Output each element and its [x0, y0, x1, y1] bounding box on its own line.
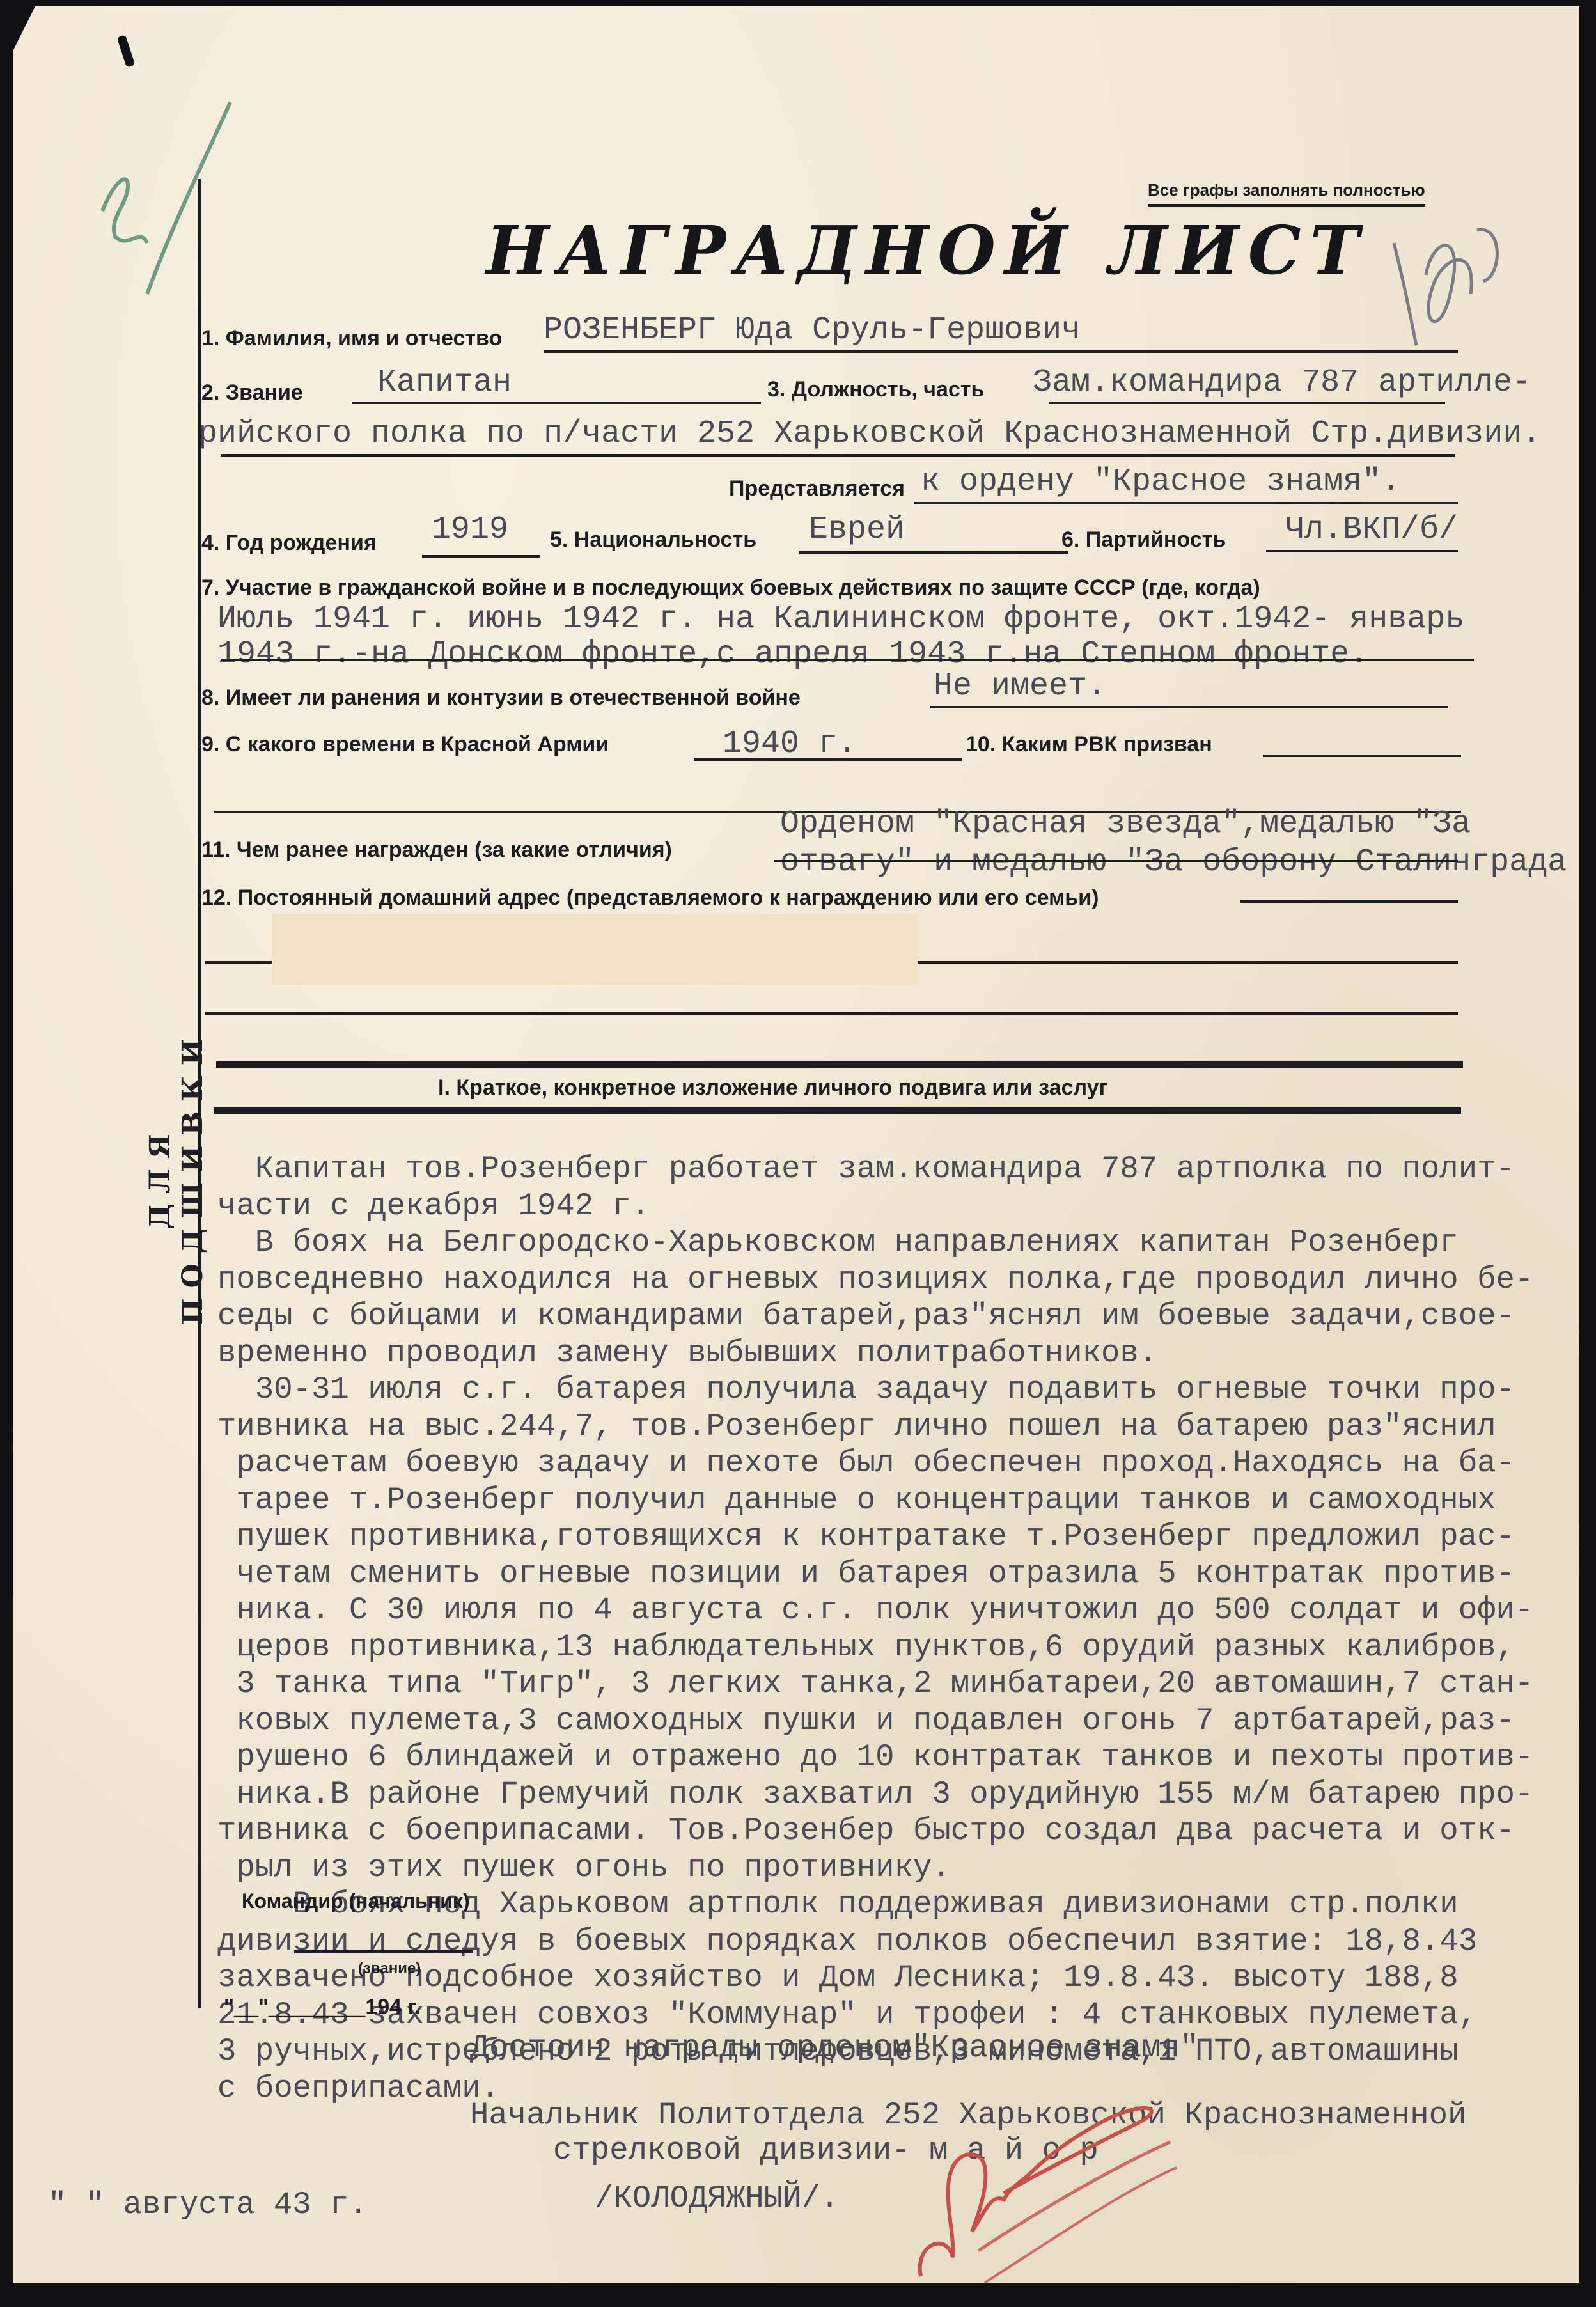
text-line: повседневно находился на огневых позиция…: [217, 1262, 1586, 1299]
text-line: 21.8.43 захвачен совхоз "Коммунар" и тро…: [217, 1997, 1586, 2034]
field-6-value: Чл.ВКП/б/: [1285, 512, 1458, 548]
page-title: НАГРАДНОЙ ЛИСТ: [486, 211, 1368, 290]
field-5-rule: [799, 551, 1068, 554]
rank-label: (звание): [358, 1960, 421, 1978]
text-line: тивника на выс.244,7, тов.Розенберг личн…: [217, 1409, 1586, 1446]
document-sheet: ДЛЯ ПОДШИВКИ Все графы заполнять полност…: [13, 6, 1579, 2283]
text-line: тивника с боеприпасами. Тов.Розенбер быс…: [217, 1813, 1586, 1850]
text-line: рыл из этих пушек огонь по противнику.: [217, 1850, 1586, 1887]
text-line: ковых пулемета,3 самоходных пушки и пода…: [217, 1703, 1586, 1740]
field-4-rule: [422, 555, 540, 558]
handwritten-number-mark-icon: [1381, 217, 1509, 352]
text-line: рушено 6 блиндажей и отражено до 10 конт…: [217, 1739, 1586, 1776]
section-top-rule: [216, 1061, 1463, 1068]
text-line: дивизии и следуя в боевых порядках полко…: [217, 1923, 1586, 1960]
text-line: церов противника,13 наблюдательных пункт…: [217, 1629, 1586, 1666]
text-line: временно проводил замену выбывших политр…: [217, 1335, 1586, 1372]
field-9-rule: [694, 758, 962, 761]
field-12-label: 12. Постоянный домашний адрес (представл…: [201, 886, 1099, 911]
section-bottom-rule: [214, 1107, 1461, 1114]
field-8-value: Не имеет.: [934, 668, 1106, 705]
field-8-rule: [930, 706, 1448, 708]
rank-rule: [294, 1950, 473, 1953]
field-4-label: 4. Год рождения: [201, 531, 377, 556]
signer-name: /КОЛОДЯЖНЫЙ/.: [595, 2180, 839, 2216]
field-4-value: 1919: [432, 512, 508, 548]
field-3-label: 3. Должность, часть: [767, 377, 984, 402]
text-line: ника.В районе Гремучий полк захватил 3 о…: [217, 1776, 1586, 1813]
field-7-value-line2: 1943 г.-на Донском фронте,с апреля 1943 …: [217, 636, 1368, 673]
field-1-label: 1. Фамилия, имя и отчество: [201, 326, 502, 351]
text-line: В боях на Белгородско-Харьковском направ…: [217, 1224, 1586, 1262]
field-7-rule: [221, 659, 1474, 661]
text-line: 30-31 июля с.г. батарея получила задачу …: [217, 1372, 1586, 1409]
form-date-blank: "__"________194 г.: [224, 1995, 421, 2020]
text-line: четам сменить огневые позиции и батарея …: [217, 1556, 1586, 1593]
field-1-rule: [544, 350, 1458, 353]
field-7-value-line1: Июль 1941 г. июнь 1942 г. на Калининском…: [217, 601, 1464, 637]
field-11-value-line1: Орденом "Красная звезда",медалью "За: [780, 806, 1471, 842]
field-6-rule: [1266, 550, 1458, 552]
presented-rule: [914, 502, 1458, 504]
merit-description: Капитан тов.Розенберг работает зам.коман…: [217, 1151, 1586, 2107]
text-line: тарее т.Розенберг получил данные о конце…: [217, 1482, 1586, 1519]
award-conclusion: Достоин награды орденом"Красное знамя": [470, 2030, 1199, 2067]
document-date: " " августа 43 г.: [48, 2187, 368, 2223]
instruction-note: Все графы заполнять полностью: [1148, 180, 1425, 207]
field-3-value-line2: рийского полка по п/части 252 Харьковско…: [198, 416, 1541, 452]
text-line: ника. С 30 июля по 4 августа с.г. полк у…: [217, 1592, 1586, 1629]
field-6-label: 6. Партийность: [1061, 528, 1226, 552]
paper-tear: [117, 35, 136, 68]
presented-value: к ордену "Красное знамя".: [921, 464, 1400, 500]
field-9-label: 9. С какого времени в Красной Армии: [201, 732, 609, 757]
field-10-rule: [1263, 755, 1461, 757]
green-pencil-mark-icon: [90, 90, 243, 301]
text-line: 3 танка типа "Тигр", 3 легких танка,2 ми…: [217, 1666, 1586, 1703]
field-3-value-line1: Зам.командира 787 артилле-: [1033, 364, 1531, 401]
field-11-rule: [774, 860, 1458, 862]
text-line: Капитан тов.Розенберг работает зам.коман…: [217, 1151, 1586, 1188]
field-2-rule: [352, 402, 761, 404]
text-line: седы с бойцами и командирами батарей,раз…: [217, 1298, 1586, 1335]
field-1-value: РОЗЕНБЕРГ Юда Сруль-Гершович: [544, 312, 1081, 348]
redacted-address: [272, 914, 918, 985]
field-3-rule-2: [221, 454, 1455, 457]
text-line: части с декабря 1942 г.: [217, 1188, 1586, 1225]
field-10-label: 10. Каким РВК призван: [966, 732, 1212, 757]
presented-label: Представляется: [729, 476, 905, 501]
field-11-label: 11. Чем ранее награжден (за какие отличи…: [201, 838, 672, 863]
commander-label: Командир (начальник): [242, 1889, 469, 1913]
section-heading: I. Краткое, конкретное изложение личного…: [438, 1075, 1108, 1100]
field-2-value: Капитан: [377, 364, 512, 401]
red-signature-icon: [908, 2104, 1266, 2295]
address-rule-2: [205, 1012, 1458, 1015]
field-3-rule: [1049, 402, 1445, 404]
text-line: захвачено подсобное хозяйство и Дом Лесн…: [217, 1960, 1586, 1997]
field-7-label: 7. Участие в гражданской войне и в после…: [201, 575, 1260, 600]
field-11-value-line2: отвагу" и медалью "За оборону Сталинград…: [780, 844, 1567, 880]
binding-margin-label: ДЛЯ ПОДШИВКИ: [144, 997, 201, 1356]
field-5-label: 5. Национальность: [550, 528, 756, 552]
field-9-value: 1940 г.: [723, 726, 857, 762]
text-line: пушек противника,готовящихся к контратак…: [217, 1519, 1586, 1556]
field-12-rule: [1240, 900, 1458, 903]
field-8-label: 8. Имеет ли ранения и контузии в отечест…: [201, 685, 801, 710]
field-5-value: Еврей: [809, 512, 905, 548]
field-2-label: 2. Звание: [201, 380, 303, 405]
text-line: расчетам боевую задачу и пехоте был обес…: [217, 1445, 1586, 1482]
